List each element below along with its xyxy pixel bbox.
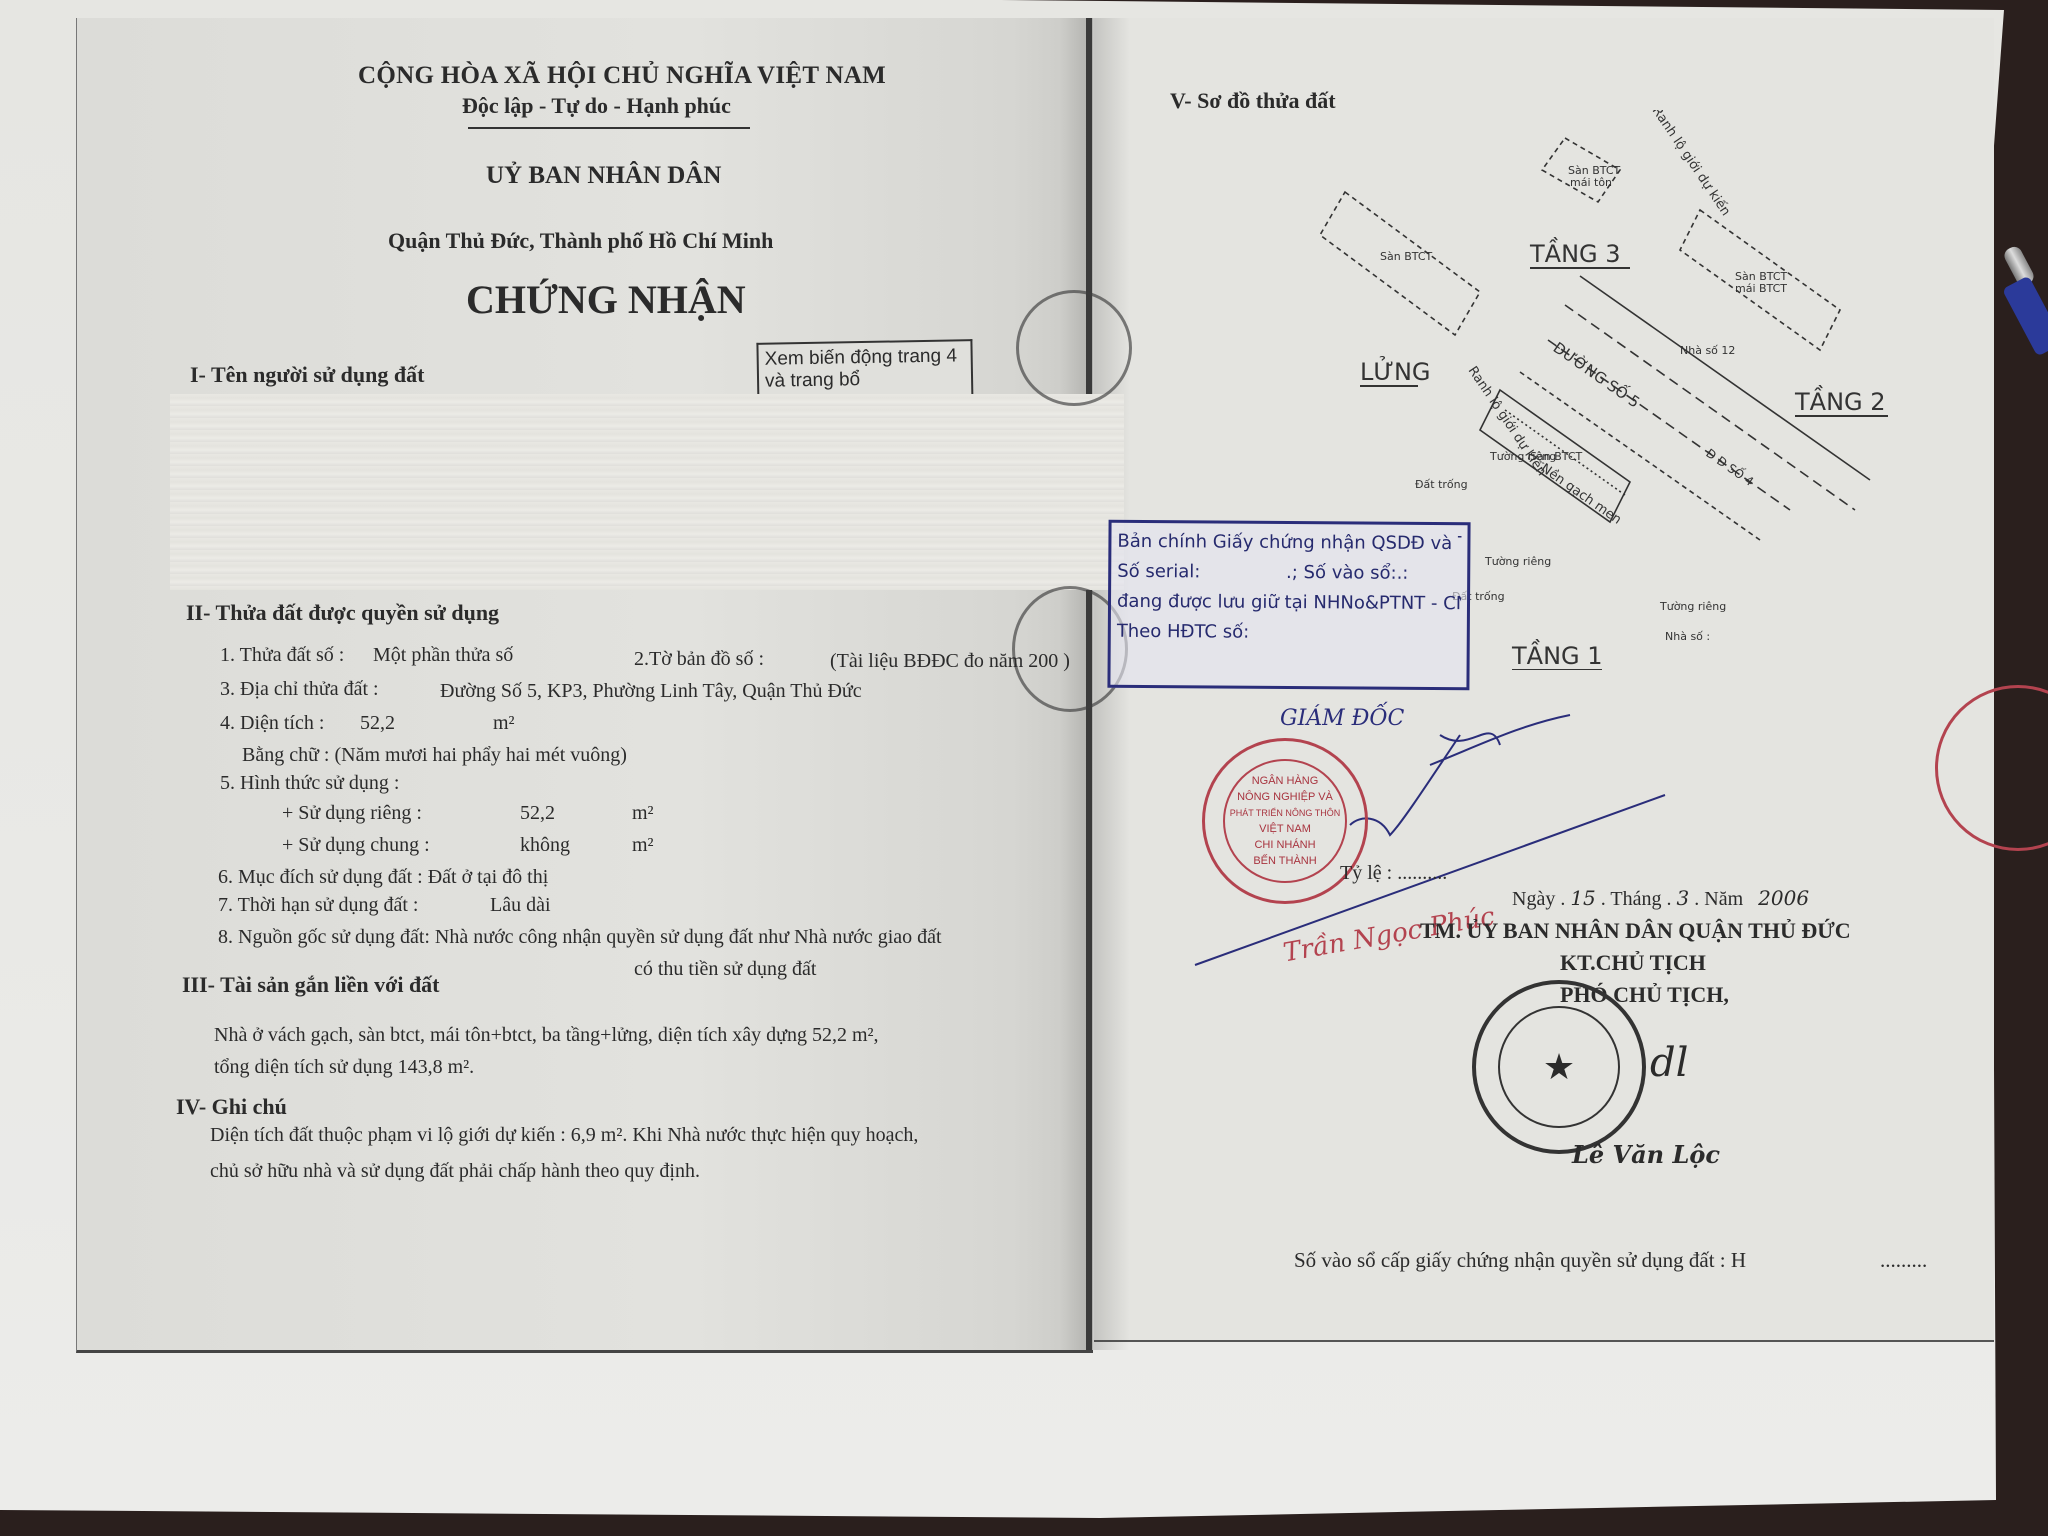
plot-number-label: 1. Thửa đất số : bbox=[220, 644, 344, 667]
header-rule bbox=[468, 127, 750, 129]
address-value: Đường Số 5, KP3, Phường Linh Tây, Quận T… bbox=[440, 680, 862, 703]
svg-text:mái BTCT: mái BTCT bbox=[1735, 282, 1787, 295]
note-box-line2: và trang bổ bbox=[765, 367, 965, 392]
private-use-value: 52,2 bbox=[520, 802, 555, 825]
date-month: 3 bbox=[1677, 886, 1690, 910]
svg-text:Tường riêng: Tường riêng bbox=[1659, 600, 1726, 613]
svg-text:mái tôn: mái tôn bbox=[1570, 176, 1612, 189]
term-label: 7. Thời hạn sử dụng đất : bbox=[218, 894, 418, 917]
registry-number-label: Số vào sổ cấp giấy chứng nhận quyền sử d… bbox=[1294, 1248, 1746, 1273]
authority-heading: UỶ BAN NHÂN DÂN bbox=[486, 162, 721, 190]
map-sheet-label: 2.Tờ bản đồ số : bbox=[634, 648, 764, 671]
bank-note-line2: Số serial: .; Số vào sổ:.: bbox=[1117, 557, 1461, 589]
area-unit: m² bbox=[493, 712, 515, 735]
empty-land-label: Đất trống bbox=[1415, 478, 1468, 491]
asset-description-line1: Nhà ở vách gạch, sàn btct, mái tôn+btct,… bbox=[214, 1024, 879, 1047]
land-purpose: 6. Mục đích sử dụng đất : Đất ở tại đô t… bbox=[218, 866, 548, 889]
document-title: CHỨNG NHẬN bbox=[466, 276, 746, 323]
date-year: 2006 bbox=[1758, 886, 1809, 910]
chairman-signature: dl bbox=[1650, 1040, 1688, 1086]
slab-label-mezzanine: Sàn BTCT bbox=[1380, 250, 1432, 263]
motto: Độc lập - Tự do - Hạnh phúc bbox=[462, 93, 731, 119]
seal-star-icon: ★ bbox=[1498, 1006, 1620, 1128]
land-origin-line1: 8. Nguồn gốc sử dụng đất: Nhà nước công … bbox=[218, 926, 942, 949]
section-1-heading: I- Tên người sử dụng đất bbox=[190, 362, 424, 388]
floor-label-mezzanine: LỬNG bbox=[1360, 355, 1431, 386]
area-in-words: Bằng chữ : (Năm mươi hai phẩy hai mét vu… bbox=[242, 744, 627, 767]
svg-text:Ranh lộ giới dự kiến: Ranh lộ giới dự kiến bbox=[1649, 110, 1733, 219]
registry-number-dots: ......... bbox=[1880, 1248, 1927, 1273]
svg-text:Nhà số :: Nhà số : bbox=[1665, 630, 1710, 643]
private-use-label: + Sử dụng riêng : bbox=[282, 802, 422, 825]
issue-date: Ngày . 15 . Tháng . 3 . Năm 2006 bbox=[1512, 886, 1809, 911]
private-use-unit: m² bbox=[632, 802, 654, 825]
map-sheet-value: (Tài liệu BĐĐC đo năm 200 ) bbox=[830, 650, 1070, 673]
street-name-label: ĐƯỜNG SỐ 5 bbox=[1550, 336, 1645, 411]
bank-note-line3: đang được lưu giữ tại NHNo&PTNT - CN Bến… bbox=[1117, 587, 1461, 619]
district-heading: Quận Thủ Đức, Thành phố Hồ Chí Minh bbox=[388, 228, 773, 254]
section-2-heading: II- Thửa đất được quyền sử dụng bbox=[186, 600, 499, 626]
pen-tip bbox=[2004, 246, 2048, 356]
scale-label: Tỷ lệ : .......... bbox=[1340, 862, 1447, 885]
common-use-unit: m² bbox=[632, 834, 654, 857]
signature-block-line1: TM. ỦY BAN NHÂN DÂN QUẬN THỦ ĐỨC bbox=[1420, 918, 1851, 944]
bank-note-line1: Bản chính Giấy chứng nhận QSDĐ và Tài sả… bbox=[1117, 527, 1461, 559]
address-label: 3. Địa chỉ thửa đất : bbox=[220, 678, 379, 701]
bank-note-line4: Theo HĐTC số: bbox=[1117, 617, 1461, 649]
term-value: Lâu dài bbox=[490, 894, 551, 917]
area-label: 4. Diện tích : bbox=[220, 712, 324, 735]
bank-custody-stamp: Bản chính Giấy chứng nhận QSDĐ và Tài sả… bbox=[1107, 520, 1470, 691]
svg-text:Đ Đ SỐ 4: Đ Đ SỐ 4 bbox=[1703, 444, 1757, 489]
section-4-heading: IV- Ghi chú bbox=[176, 1094, 287, 1120]
note-line1: Diện tích đất thuộc phạm vi lộ giới dự k… bbox=[210, 1124, 918, 1147]
common-use-label: + Sử dụng chung : bbox=[282, 834, 430, 857]
signature-block-line2: KT.CHỦ TỊCH bbox=[1560, 950, 1706, 976]
redacted-owner-block bbox=[170, 394, 1124, 590]
floor-label-1: TẦNG 1 bbox=[1511, 638, 1603, 670]
svg-text:Nền gạch men: Nền gạch men bbox=[1538, 461, 1624, 528]
date-day: 15 bbox=[1570, 886, 1595, 910]
common-use-value: không bbox=[520, 834, 570, 857]
floor-label-2: TẦNG 2 bbox=[1794, 384, 1886, 416]
area-value: 52,2 bbox=[360, 712, 395, 735]
asset-description-line2: tổng diện tích sử dụng 143,8 m². bbox=[214, 1056, 474, 1079]
svg-text:Tường riêng: Tường riêng bbox=[1484, 555, 1551, 568]
house-number-12: Nhà số 12 bbox=[1680, 344, 1735, 357]
plot-number-value: Một phần thửa số bbox=[373, 644, 513, 667]
floor-label-3: TẦNG 3 bbox=[1529, 236, 1621, 268]
ward-stamp-top bbox=[1016, 290, 1132, 406]
nation-heading: CỘNG HÒA XÃ HỘI CHỦ NGHĨA VIỆT NAM bbox=[358, 62, 886, 90]
chairman-name: Lê Văn Lộc bbox=[1572, 1140, 1720, 1169]
land-origin-line2: có thu tiền sử dụng đất bbox=[634, 958, 816, 981]
section-3-heading: III- Tài sản gắn liền với đất bbox=[182, 972, 440, 998]
note-line2: chủ sở hữu nhà và sử dụng đất phải chấp … bbox=[210, 1160, 700, 1183]
usage-form-label: 5. Hình thức sử dụng : bbox=[220, 772, 399, 795]
note-box-line1: Xem biến động trang 4 bbox=[765, 345, 965, 370]
district-seal: ★ bbox=[1472, 980, 1646, 1154]
